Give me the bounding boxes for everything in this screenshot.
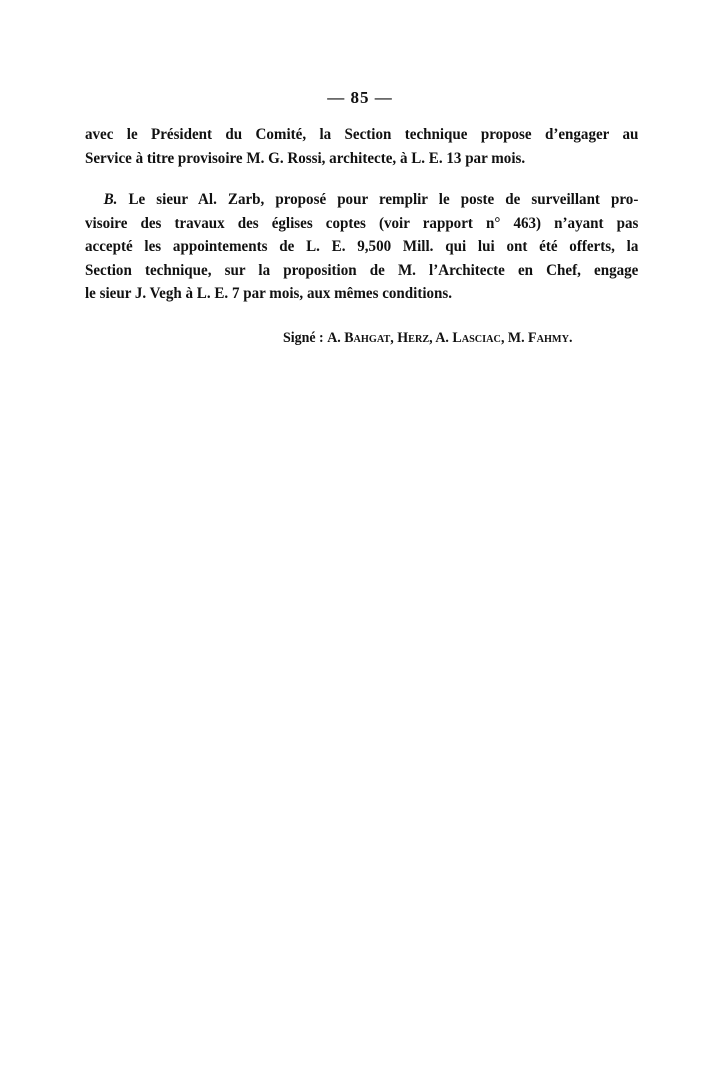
text-line: Service à titre provisoire M. G. Rossi, … <box>85 147 638 171</box>
signature-block: Signé : A. Bahgat, Herz, A. Lasciac, M. … <box>283 330 572 347</box>
text-line: le sieur J. Vegh à L. E. 7 par mois, aux… <box>85 282 638 306</box>
text-line: Section technique, sur la proposition de… <box>85 259 638 283</box>
paragraph-continuation: avec le Président du Comité, la Section … <box>85 123 599 170</box>
paragraph-label: B. <box>104 190 118 208</box>
text-line: avec le Président du Comité, la Section … <box>85 123 638 147</box>
text-line: visoire des travaux des églises coptes (… <box>85 212 638 236</box>
page-number: — 85 — <box>0 88 720 108</box>
signatories: A. Bahgat, Herz, A. Lasciac, M. Fahmy. <box>327 330 572 346</box>
text-line-content: Le sieur Al. Zarb, proposé pour remplir … <box>128 190 638 208</box>
text-line: accepté les appointements de L. E. 9,500… <box>85 235 638 259</box>
paragraph-b: B. Le sieur Al. Zarb, proposé pour rempl… <box>85 188 599 306</box>
text-line: B. Le sieur Al. Zarb, proposé pour rempl… <box>85 188 638 212</box>
signature-prefix: Signé : <box>283 330 324 346</box>
